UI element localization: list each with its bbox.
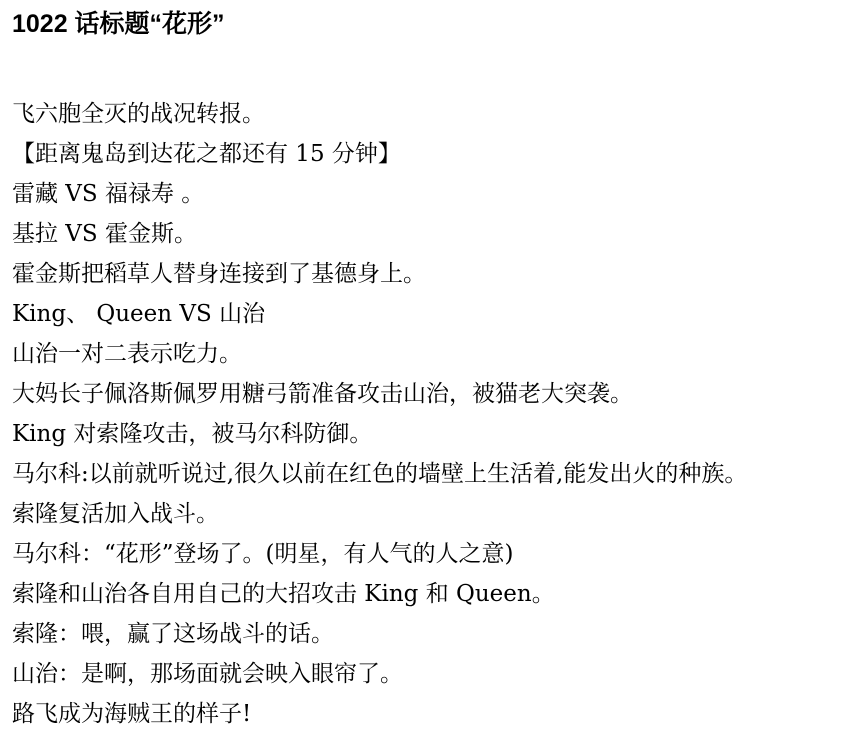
text-line-3: 雷藏 VS 福禄寿 。: [12, 174, 747, 214]
text-line-14: 索隆：喂，赢了这场战斗的话。: [12, 614, 747, 654]
text-line-2: 【距离鬼岛到达花之都还有 15 分钟】: [12, 134, 747, 174]
text-line-9: King 对索隆攻击，被马尔科防御。: [12, 414, 747, 454]
text-line-12: 马尔科：“花形”登场了。(明星，有人气的人之意): [12, 534, 747, 574]
text-line-6: King、 Queen VS 山治: [12, 294, 747, 334]
text-line-10: 马尔科:以前就听说过,很久以前在红色的墙壁上生活着,能发出火的种族。: [12, 454, 747, 494]
text-line-4: 基拉 VS 霍金斯。: [12, 214, 747, 254]
text-line-15: 山治：是啊，那场面就会映入眼帘了。: [12, 654, 747, 694]
text-line-7: 山治一对二表示吃力。: [12, 334, 747, 374]
text-line-11: 索隆复活加入战斗。: [12, 494, 747, 534]
document-body: 飞六胞全灭的战况转报。 【距离鬼岛到达花之都还有 15 分钟】 雷藏 VS 福禄…: [12, 94, 747, 734]
text-line-16: 路飞成为海贼王的样子!: [12, 694, 747, 734]
text-line-13: 索隆和山治各自用自己的大招攻击 King 和 Queen。: [12, 574, 747, 614]
document-title: 1022 话标题“花形”: [12, 6, 225, 42]
text-line-1: 飞六胞全灭的战况转报。: [12, 94, 747, 134]
text-line-8: 大妈长子佩洛斯佩罗用糖弓箭准备攻击山治，被猫老大突袭。: [12, 374, 747, 414]
text-line-5: 霍金斯把稻草人替身连接到了基德身上。: [12, 254, 747, 294]
